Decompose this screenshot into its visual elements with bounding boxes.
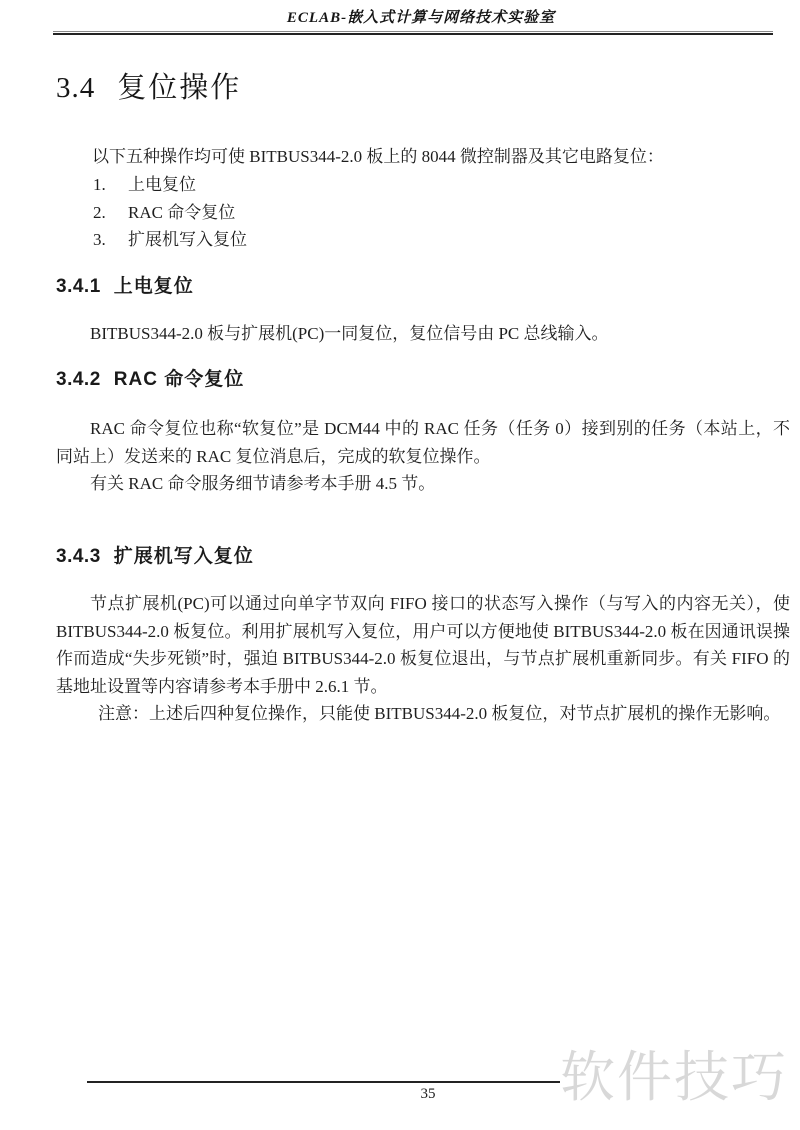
list-item-number: 2. — [93, 199, 128, 227]
list-item: 1. 上电复位 — [56, 171, 790, 199]
subsection-heading-341: 3.4.1上电复位 — [56, 274, 790, 300]
note-paragraph: 注意：上述后四种复位操作，只能使 BITBUS344-2.0 板复位，对节点扩展… — [56, 700, 790, 728]
reset-methods-list: 1. 上电复位 2. RAC 命令复位 3. 扩展机写入复位 — [56, 171, 790, 254]
subsection-number: 3.4.3 — [56, 546, 101, 567]
page-header: ECLAB-嵌入式计算与网络技术实验室 — [56, 6, 786, 27]
intro-paragraph: 以下五种操作均可使 BITBUS344-2.0 板上的 8044 微控制器及其它… — [56, 143, 790, 171]
watermark: 软件技巧 — [560, 1033, 788, 1112]
list-item-number: 1. — [93, 171, 128, 199]
paragraph: BITBUS344-2.0 板与扩展机(PC)一同复位，复位信号由 PC 总线输… — [56, 320, 790, 348]
subsection-body-343: 节点扩展机(PC)可以通过向单字节双向 FIFO 接口的状态写入操作（与写入的内… — [56, 590, 790, 728]
subsection-title: 扩展机写入复位 — [114, 546, 254, 567]
paragraph: 有关 RAC 命令服务细节请参考本手册 4.5 节。 — [56, 470, 790, 498]
section-title-number: 3.4 — [56, 72, 95, 104]
subsection-number: 3.4.1 — [56, 276, 101, 297]
subsection-title: 上电复位 — [114, 276, 194, 297]
section-title: 3.4复位操作 — [56, 70, 790, 106]
list-item-label: 扩展机写入复位 — [128, 226, 247, 254]
paragraph: 节点扩展机(PC)可以通过向单字节双向 FIFO 接口的状态写入操作（与写入的内… — [56, 590, 790, 700]
manual-page: ECLAB-嵌入式计算与网络技术实验室 3.4复位操作 以下五种操作均可使 BI… — [0, 0, 800, 1130]
footer-rule — [87, 1081, 561, 1083]
list-item: 2. RAC 命令复位 — [56, 199, 790, 227]
subsection-heading-343: 3.4.3扩展机写入复位 — [56, 544, 790, 570]
lab-title: ECLAB-嵌入式计算与网络技术实验室 — [287, 10, 555, 26]
list-item-label: RAC 命令复位 — [128, 199, 235, 227]
list-item-number: 3. — [93, 226, 128, 254]
paragraph: RAC 命令复位也称“软复位”是 DCM44 中的 RAC 任务（任务 0）接到… — [56, 415, 790, 470]
section-title-text: 复位操作 — [117, 72, 241, 104]
subsection-body-341: BITBUS344-2.0 板与扩展机(PC)一同复位，复位信号由 PC 总线输… — [56, 320, 790, 348]
subsection-body-342: RAC 命令复位也称“软复位”是 DCM44 中的 RAC 任务（任务 0）接到… — [56, 415, 790, 498]
list-item: 3. 扩展机写入复位 — [56, 226, 790, 254]
list-item-label: 上电复位 — [128, 171, 196, 199]
subsection-title: RAC 命令复位 — [114, 369, 244, 390]
subsection-heading-342: 3.4.2RAC 命令复位 — [56, 367, 790, 393]
subsection-number: 3.4.2 — [56, 369, 101, 390]
header-rule — [53, 31, 773, 35]
